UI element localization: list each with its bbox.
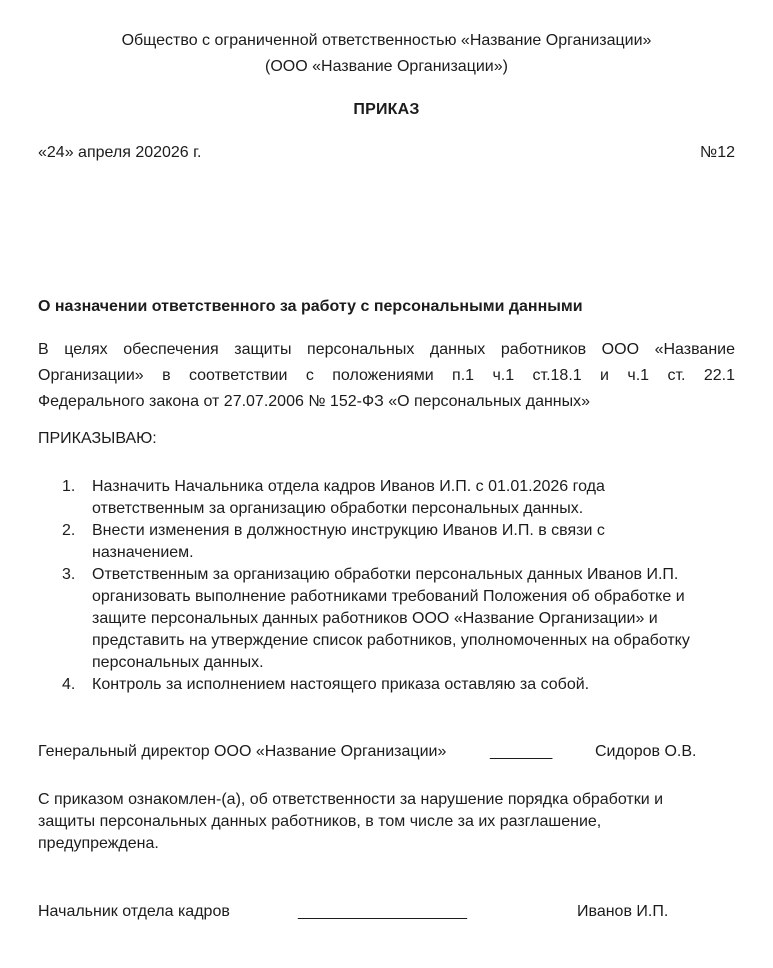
hr-signature-row: Начальник отдела кадров ________________… <box>0 899 773 926</box>
item-text: Внести изменения в должностную инструкци… <box>92 520 735 564</box>
text-line: Назначить Начальника отдела кадров Ивано… <box>92 476 735 498</box>
text-line: Федерального закона от 27.07.2006 № 152-… <box>38 389 735 415</box>
command-word: ПРИКАЗЫВАЮ: <box>38 426 157 452</box>
text-line: защиты персональных данных работников, в… <box>38 811 735 833</box>
item-text: Назначить Начальника отдела кадров Ивано… <box>92 476 735 520</box>
item-number: 1. <box>62 476 92 498</box>
document-page: Общество с ограниченной ответственностью… <box>0 0 773 968</box>
text-line: предупреждена. <box>38 833 735 855</box>
director-name: Сидоров О.В. <box>595 739 696 765</box>
hr-title: Начальник отдела кадров <box>38 899 230 925</box>
text-line: Внести изменения в должностную инструкци… <box>92 520 735 542</box>
list-item: 4. Контроль за исполнением настоящего пр… <box>62 674 735 696</box>
text-line: Контроль за исполнением настоящего прика… <box>92 674 735 696</box>
text-line: организовать выполнение работниками треб… <box>92 586 735 608</box>
text-line: С приказом ознакомлен-(а), об ответствен… <box>38 789 735 811</box>
director-signature-row: Генеральный директор ООО «Название Орган… <box>0 739 773 766</box>
intro-paragraph: В целях обеспечения защиты персональных … <box>38 337 735 415</box>
item-number: 3. <box>62 564 92 586</box>
item-number: 4. <box>62 674 92 696</box>
hr-signature-line: ___________________ <box>298 899 467 925</box>
text-line: Организации» в соответствии с положениям… <box>38 363 735 389</box>
text-line: Ответственным за организацию обработки п… <box>92 564 735 586</box>
director-title: Генеральный директор ООО «Название Орган… <box>38 739 446 765</box>
order-subject: О назначении ответственного за работу с … <box>38 294 583 320</box>
item-text: Контроль за исполнением настоящего прика… <box>92 674 735 696</box>
acknowledgment-paragraph: С приказом ознакомлен-(а), об ответствен… <box>38 789 735 855</box>
item-number: 2. <box>62 520 92 542</box>
text-line: представить на утверждение список работн… <box>92 630 735 652</box>
list-item: 3. Ответственным за организацию обработк… <box>62 564 735 674</box>
text-line: назначением. <box>92 542 735 564</box>
order-number: №12 <box>700 140 735 166</box>
organization-name: Общество с ограниченной ответственностью… <box>38 28 735 80</box>
text-line: В целях обеспечения защиты персональных … <box>38 337 735 363</box>
text-line: ответственным за организацию обработки п… <box>92 498 735 520</box>
text-line: персональных данных. <box>92 652 735 674</box>
order-list: 1. Назначить Начальника отдела кадров Ив… <box>62 476 735 696</box>
order-title: ПРИКАЗ <box>0 97 773 123</box>
order-date: «24» апреля 202026 г. <box>38 140 201 166</box>
text-line: защите персональных данных работников ОО… <box>92 608 735 630</box>
director-signature-line: _______ <box>490 739 552 765</box>
text-line: Общество с ограниченной ответственностью… <box>38 28 735 54</box>
item-text: Ответственным за организацию обработки п… <box>92 564 735 674</box>
date-number-row: «24» апреля 202026 г. №12 <box>38 140 735 166</box>
hr-name: Иванов И.П. <box>577 899 668 925</box>
list-item: 2. Внести изменения в должностную инстру… <box>62 520 735 564</box>
list-item: 1. Назначить Начальника отдела кадров Ив… <box>62 476 735 520</box>
text-line: (ООО «Название Организации») <box>38 54 735 80</box>
